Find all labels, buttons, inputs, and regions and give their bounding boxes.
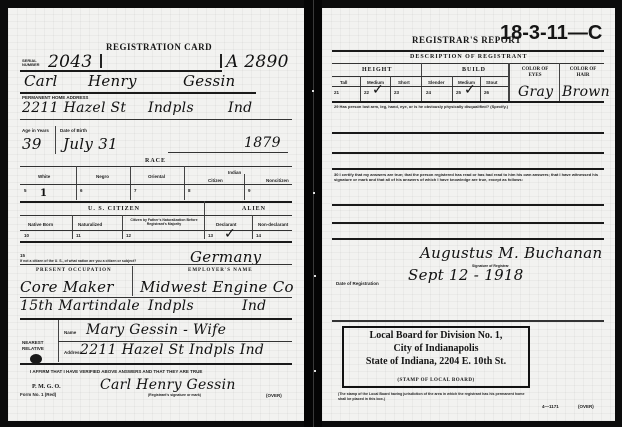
eye-color-heading: COLOR OF EYES (520, 67, 550, 79)
relative-address-value: 2211 Hazel St Indpls Ind (80, 342, 264, 358)
rule (332, 168, 604, 170)
field-number: 12 (126, 233, 131, 238)
field-number: 24 (426, 90, 431, 95)
us-citizen-heading: U. S. CITIZEN (88, 206, 140, 212)
stamp-footnote: (The stamp of the Local Board having jur… (338, 392, 528, 402)
scan-speck (313, 192, 315, 194)
registrar-signature: Augustus M. Buchanan (420, 244, 602, 262)
registration-card-back: REGISTRAR'S REPORT 18-3-11—C DESCRIPTION… (322, 8, 615, 421)
rule (20, 230, 292, 231)
height-heading: HEIGHT (362, 67, 392, 73)
rule (20, 264, 292, 265)
race-col-negro: Negro (96, 174, 109, 179)
divider (480, 76, 481, 101)
divider (421, 63, 422, 101)
divider (130, 166, 131, 200)
build-col-slender: Slender (428, 80, 445, 85)
nation-label: If not a citizen of the U. S., of what n… (20, 259, 136, 263)
rule (332, 86, 508, 87)
birth-year: 1879 (244, 135, 281, 151)
field-number: 21 (334, 90, 339, 95)
back-over-label: (OVER) (578, 404, 594, 409)
build-medium-checkmark: ✓ (464, 82, 476, 98)
divider (220, 54, 222, 68)
rule (20, 363, 292, 365)
affirm-text: I AFFIRM THAT I HAVE VERIFIED ABOVE ANSW… (30, 369, 202, 374)
field-number: 22 (364, 90, 369, 95)
field-number: 6 (80, 188, 83, 193)
alien-heading: ALIEN (242, 206, 266, 212)
build-heading: BUILD (462, 67, 486, 73)
rule (332, 50, 604, 52)
divider (452, 76, 453, 101)
age-value: 39 (22, 135, 42, 153)
eye-color-value: Gray (518, 84, 553, 100)
stamped-number: 18-3-11—C (500, 22, 602, 45)
divider (72, 215, 73, 239)
divider (508, 63, 510, 101)
rule (332, 76, 508, 77)
employment-street: 15th Martindale (20, 298, 140, 314)
occupation-value: Core Maker (20, 278, 114, 296)
divider (132, 266, 133, 296)
field-number: 25 (456, 90, 461, 95)
relative-name-value: Mary Gessin - Wife (86, 322, 226, 338)
divider (184, 166, 185, 200)
age-label: Age in Years (22, 128, 49, 133)
race-col-oriental: Oriental (148, 174, 165, 179)
rule (332, 101, 604, 103)
rule (20, 201, 292, 203)
hair-color-value: Brown (562, 84, 610, 100)
rule (332, 238, 604, 240)
rule (332, 204, 604, 206)
race-indian-label: Indian (228, 170, 241, 175)
divider (122, 215, 123, 239)
question-29: 29 Has person lost arm, leg, hand, eye, … (334, 104, 604, 109)
rule (20, 119, 292, 120)
rule (20, 184, 292, 185)
rule (20, 166, 292, 167)
home-street: 2211 Hazel St (22, 100, 126, 116)
field-number: 26 (484, 90, 489, 95)
field-number: 13 (208, 233, 213, 238)
birth-month-day: July 31 (63, 135, 118, 153)
rule (332, 320, 604, 322)
race-col-citizen: Citizen (208, 178, 223, 183)
serial-number: 2043 (48, 52, 92, 72)
divider (100, 54, 102, 68)
divider (244, 174, 245, 200)
scan-speck (314, 370, 316, 372)
race-col-white: White (38, 174, 50, 179)
registration-date: Sept 12 - 1918 (408, 266, 524, 284)
divider (76, 166, 77, 200)
divider (360, 76, 361, 101)
field-number: 11 (76, 233, 81, 238)
height-col-tall: Tall (340, 80, 347, 85)
declarant-checkmark: ✓ (224, 226, 236, 242)
card-title: REGISTRATION CARD (106, 42, 212, 52)
home-state: Ind (228, 100, 252, 116)
col-naturalized: Naturalized (78, 222, 102, 227)
name-last: Gessin (183, 72, 236, 90)
name-first: Carl (24, 72, 58, 90)
signature-label: (Registrant's signature or mark) (148, 393, 201, 397)
home-city: Indpls (148, 100, 194, 116)
gutter-line (313, 0, 314, 427)
col-citizen-by-father: Citizen by Father's Naturalization Befor… (126, 218, 202, 226)
form-number: Form No. 1 (Red) (20, 392, 56, 397)
field-number: 9 (248, 188, 251, 193)
serial-label: SERIAL NUMBER (22, 59, 44, 67)
stamp-line-1: Local Board for Division No. 1, (342, 330, 530, 341)
field-number: 15 (20, 253, 25, 258)
divider (559, 63, 560, 101)
description-heading: DESCRIPTION OF REGISTRANT (410, 54, 527, 60)
scan-speck (314, 275, 316, 277)
field-number: 10 (24, 233, 29, 238)
field-number: 8 (188, 188, 191, 193)
field-number: 7 (134, 188, 137, 193)
occupation-label: PRESENT OCCUPATION (36, 268, 112, 273)
divider (55, 126, 56, 154)
field-number: 14 (256, 233, 261, 238)
rule (332, 132, 604, 134)
rule (332, 152, 604, 154)
employment-state: Ind (242, 298, 266, 314)
height-col-short: Short (398, 80, 410, 85)
footer-code: 4—1171 (542, 404, 559, 409)
rule (20, 318, 292, 320)
rule (58, 341, 292, 342)
form-id: P. M. G. O. (32, 384, 61, 390)
rule (20, 92, 256, 94)
rule (20, 241, 292, 243)
employer-label: EMPLOYER'S NAME (188, 268, 253, 273)
build-col-stout: Stout (486, 80, 498, 85)
order-number: A 2890 (226, 52, 289, 72)
employment-city: Indpls (148, 298, 194, 314)
col-non-declarant: Non-declarant (258, 222, 288, 227)
race-white-mark: 1 (40, 188, 47, 199)
registration-card-front: REGISTRATION CARD SERIAL NUMBER 2043 A 2… (8, 8, 304, 421)
employer-value: Midwest Engine Co (140, 278, 294, 296)
field-number: 5 (24, 188, 27, 193)
nearest-relative-label: NEAREST RELATIVE (22, 340, 52, 352)
hair-color-heading: COLOR OF HAIR (568, 67, 598, 79)
field-number: 23 (394, 90, 399, 95)
scan-speck (312, 90, 314, 92)
divider (252, 215, 253, 239)
rule (168, 152, 288, 153)
rule (332, 63, 604, 64)
race-heading: RACE (145, 158, 166, 164)
stamp-caption: (STAMP OF LOCAL BOARD) (342, 378, 530, 383)
registrant-signature: Carl Henry Gessin (100, 377, 236, 393)
dob-label: Date of Birth (60, 128, 87, 133)
stamp-line-2: City of Indianapolis (342, 343, 530, 354)
divider (204, 201, 205, 239)
question-30: 30 I certify that my answers are true; t… (334, 172, 606, 182)
rule (332, 222, 604, 224)
race-col-noncitizen: Noncitizen (266, 178, 289, 183)
front-over-label: (OVER) (266, 393, 282, 398)
divider (390, 76, 391, 101)
relative-name-label: Name (64, 330, 76, 335)
registration-date-label: Date of Registration (336, 281, 379, 286)
stamp-line-3: State of Indiana, 2204 E. 10th St. (342, 356, 530, 367)
col-native-born: Native Born (28, 222, 53, 227)
name-middle: Henry (88, 72, 137, 90)
height-medium-checkmark: ✓ (372, 82, 384, 98)
